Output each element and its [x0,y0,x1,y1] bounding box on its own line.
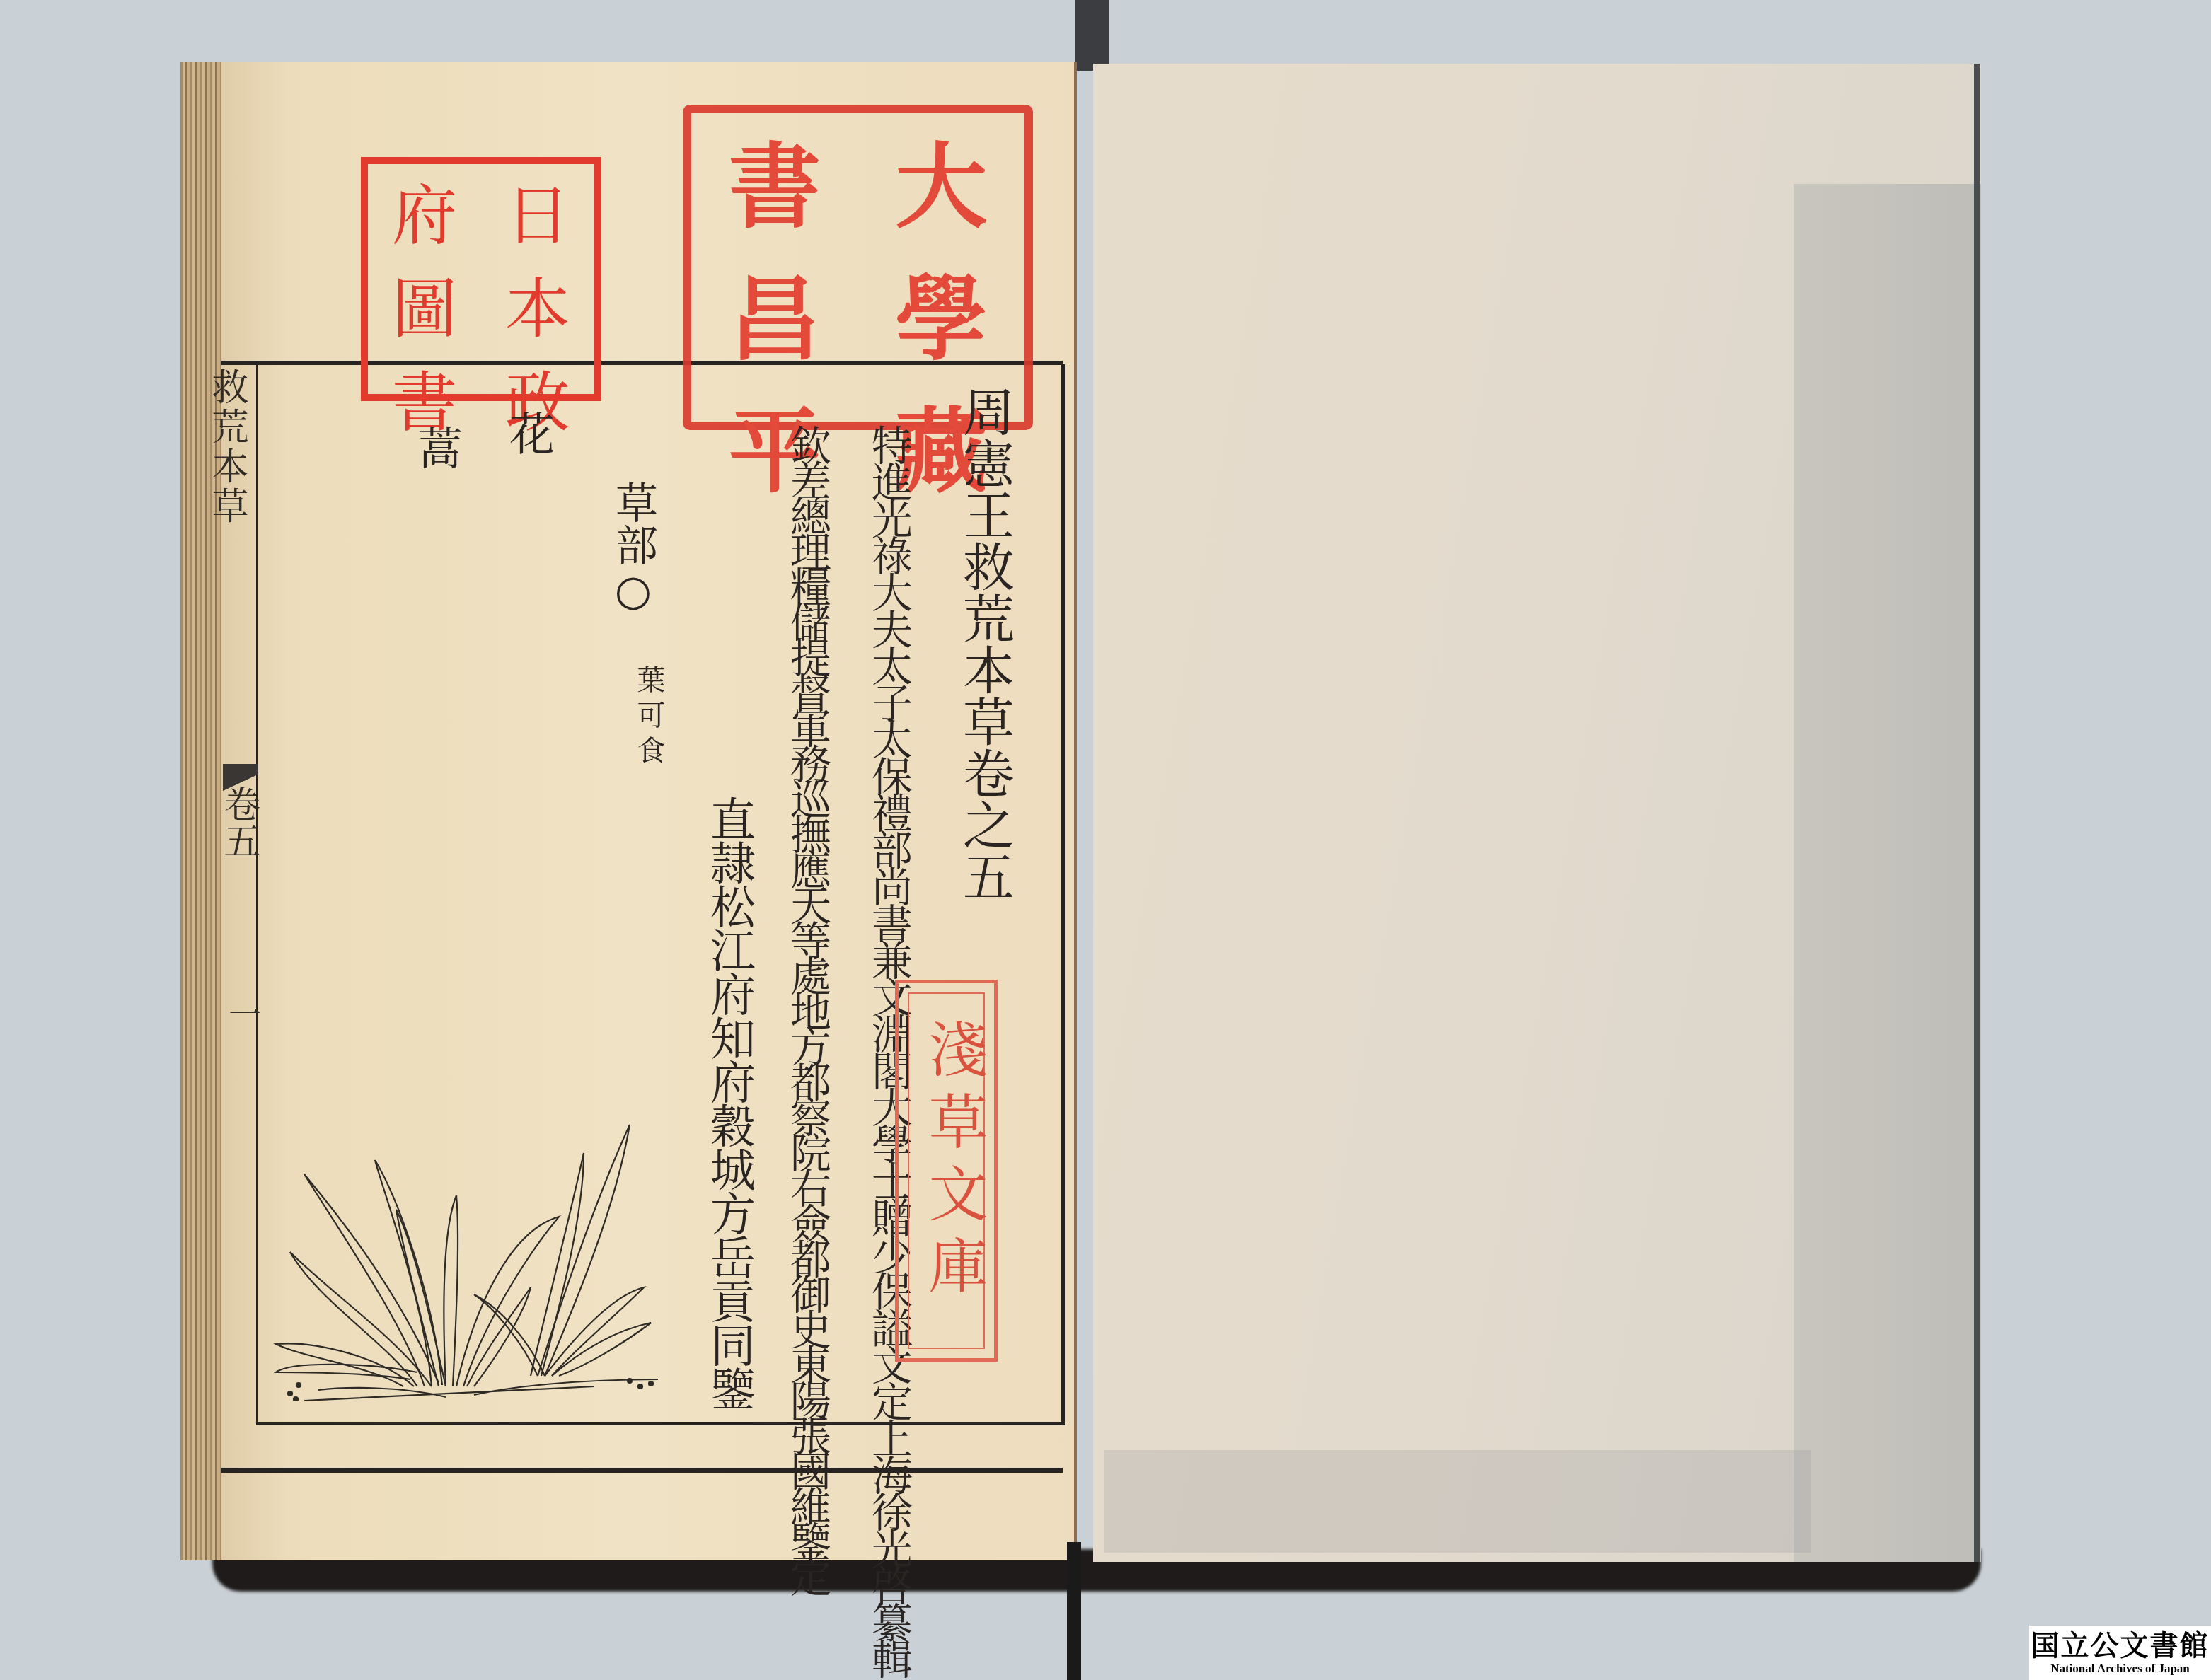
seal-japan-government-library: 日 本 政 府 圖 書 [361,157,601,401]
right-page-edge [1974,64,1980,1562]
right-page-shadow-band [1104,1450,1811,1553]
plant-illustration [262,1075,672,1401]
book-title-column: 周憲王救荒本草卷之五 [952,386,1015,902]
national-archives-logo: 国立公文書館 National Archives of Japan [2029,1626,2211,1680]
edge-title: 救荒本草 [205,368,248,526]
seal-asakusa-bunko: 淺草文庫 [895,980,998,1362]
editor-column: 欽差總理糧儲提督軍務巡撫應天等處地方都察院右僉都御史東陽張國維鑒定 [782,424,833,1592]
seal-char: 平 [691,378,858,510]
frame-bottom-rule [221,1468,1063,1473]
book-spine-top [1075,0,1109,71]
seal-char: 府 [368,164,481,257]
edge-page-number: 一 [219,997,266,1030]
book-spine-bottom [1067,1542,1081,1680]
seal-asakusa-text: 淺草文庫 [918,1019,989,1307]
seal-char: 昌 [691,245,858,378]
seal-char: 大 [858,113,1025,245]
edge-volume: 卷五 [212,785,265,859]
right-page-fold [1794,184,1981,1562]
seal-char: 日 [481,164,594,257]
entry-name-part2: 蒿 [403,424,468,470]
seal-char: 學 [858,245,1025,378]
co-editor-column: 直隷松江府知府穀城方岳貢同鑒 [700,796,757,1410]
logo-english: National Archives of Japan [2050,1662,2190,1676]
seal-char: 書 [691,113,858,245]
seal-char: 本 [481,257,594,351]
entry-name-part1: 花 [495,410,560,456]
logo-japanese: 国立公文書館 [2031,1630,2210,1662]
seal-university-library: 大 學 藏 書 昌 平 [683,105,1033,430]
book-gutter [1074,62,1077,1560]
edible-note: 葉可食 [631,665,666,771]
seal-char: 圖 [368,257,481,351]
section-heading: 草部○ [605,481,662,615]
